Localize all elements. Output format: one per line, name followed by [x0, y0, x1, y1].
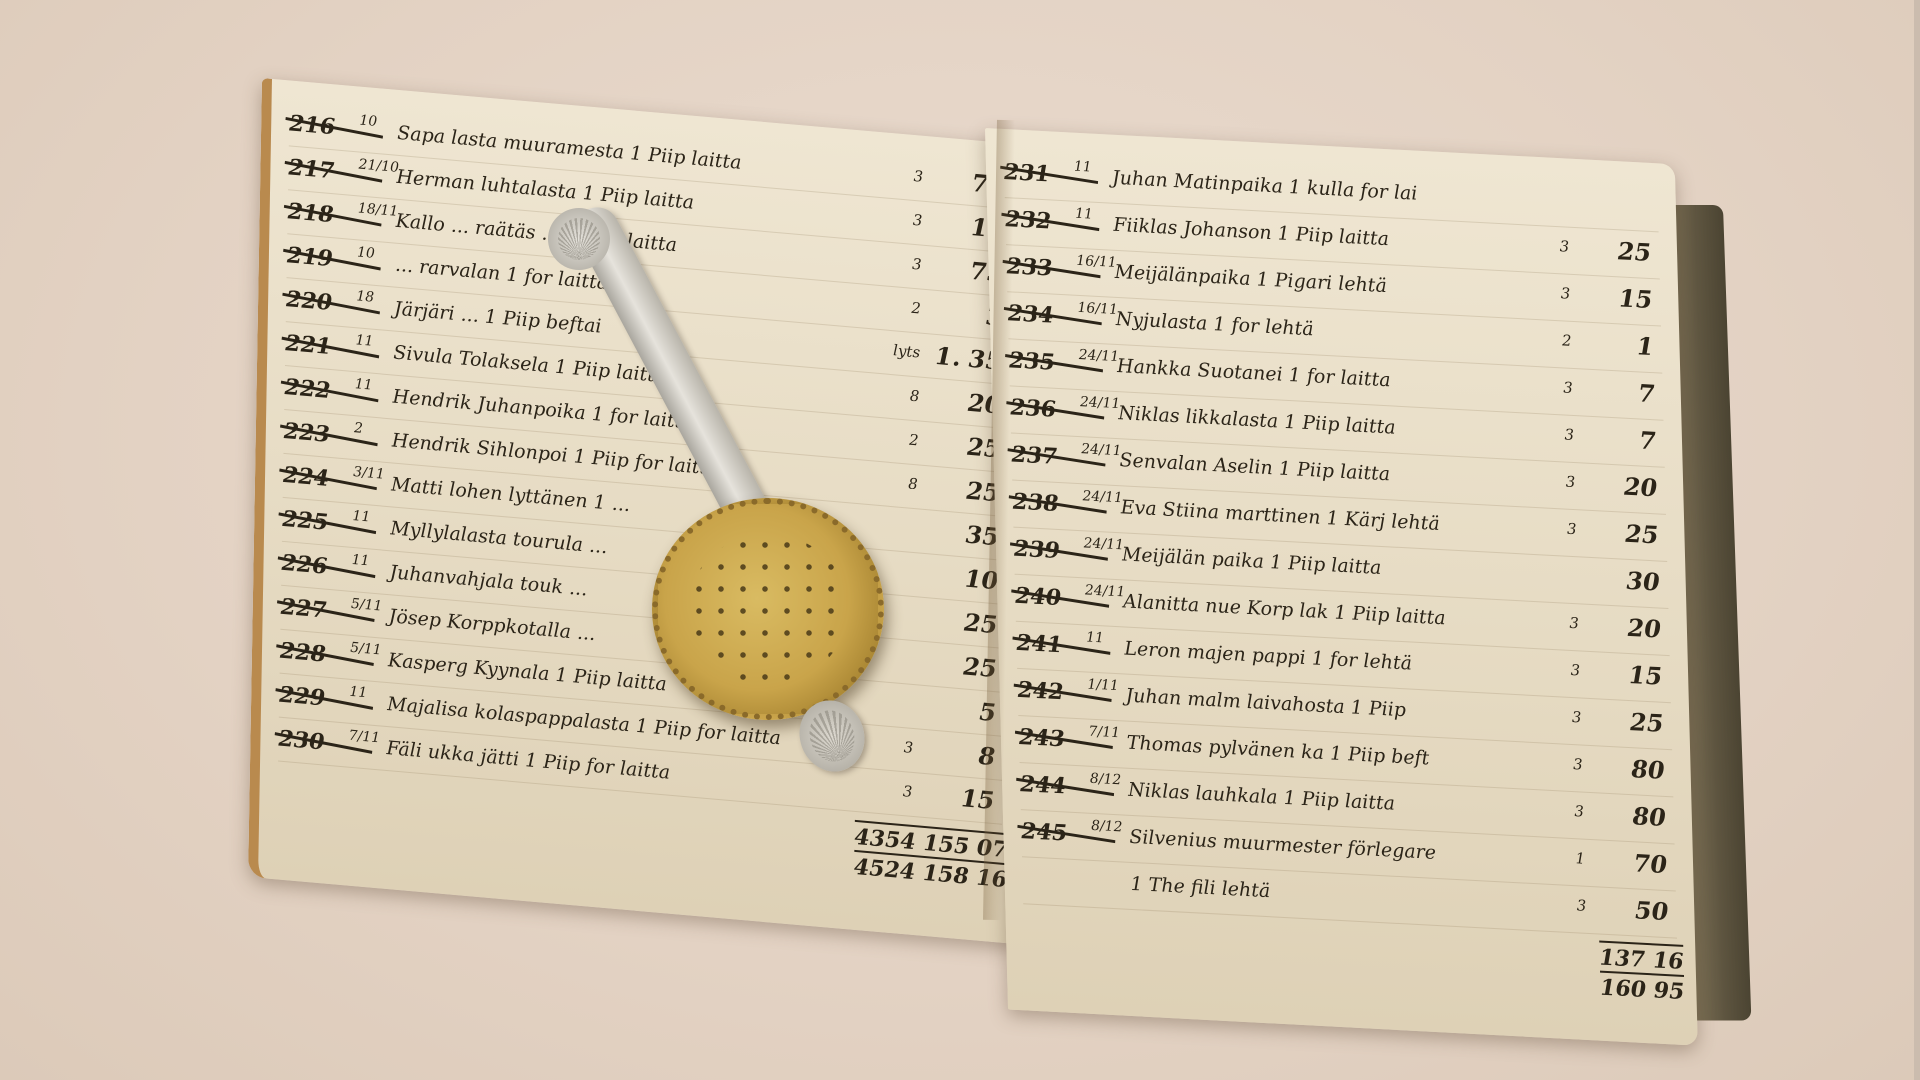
- entry-date: 24/11: [1079, 347, 1120, 365]
- entry-date: 8/12: [1091, 818, 1123, 836]
- entry-number: 244: [1020, 771, 1085, 800]
- entry-date: 21/10: [358, 156, 399, 176]
- entry-date: 11: [355, 332, 373, 350]
- left-page-entries: 216 10 Sapa lasta muuramesta 1 Piip lait…: [278, 102, 1013, 824]
- right-total-1: 137 16: [1599, 941, 1684, 975]
- entry-number: 234: [1007, 300, 1072, 329]
- strainer-holes: [688, 534, 848, 684]
- entry-amount: 80: [1631, 754, 1665, 785]
- entry-number: 236: [1010, 394, 1075, 423]
- entry-date: 24/11: [1081, 441, 1122, 459]
- entry-amount: 80: [1632, 801, 1666, 832]
- right-page-totals: 137 16 160 95: [1599, 941, 1685, 1006]
- entry-number: 242: [1017, 677, 1082, 706]
- entry-amount: 30: [1626, 566, 1660, 597]
- entry-number: 240: [1015, 583, 1080, 612]
- entry-description: Jösep Korppkotalla ...: [389, 605, 596, 645]
- entry-date: 18/11: [358, 200, 399, 220]
- entry-description: Alanitta nue Korp lak 1 Piip laitta: [1123, 590, 1446, 629]
- entry-unit: 3: [1567, 520, 1577, 539]
- entry-description: Silvenius muurmester förlegare: [1129, 826, 1436, 864]
- entry-description: Järjäri ... 1 Piip beftai: [394, 298, 602, 338]
- entry-number: 239: [1014, 536, 1079, 565]
- entry-amount: 15: [1619, 283, 1653, 314]
- entry-unit: 3: [1564, 426, 1574, 445]
- right-page-entries: 231 11 Juhan Matinpaika 1 kulla for lai …: [1004, 151, 1677, 939]
- ledger-book: 216 10 Sapa lasta muuramesta 1 Piip lait…: [0, 0, 1920, 1080]
- entry-unit: 8: [908, 475, 918, 494]
- entry-unit: 3: [1577, 896, 1587, 915]
- entry-number: 218: [287, 198, 351, 230]
- entry-number: 217: [288, 154, 352, 186]
- entry-date: 11: [349, 684, 367, 702]
- entry-date: 16/11: [1077, 300, 1118, 318]
- entry-amount: 20: [1623, 472, 1657, 503]
- entry-description: Juhan malm laivahosta 1 Piip: [1125, 685, 1406, 722]
- entry-date: 10: [357, 244, 375, 262]
- entry-date: 24/11: [1085, 582, 1126, 600]
- entry-number: 232: [1005, 206, 1070, 235]
- entry-number: 230: [278, 726, 342, 758]
- entry-amount: 15: [1628, 660, 1662, 691]
- entry-description: Fiiklas Johanson 1 Piip laitta: [1113, 214, 1389, 251]
- entry-unit: 3: [1573, 755, 1583, 774]
- entry-amount: 20: [1627, 613, 1661, 644]
- entry-description: Hankka Suotanei 1 for laitta: [1117, 355, 1391, 391]
- entry-unit: lyts: [893, 341, 920, 361]
- entry-number: 229: [279, 682, 343, 714]
- entry-unit: 3: [1570, 661, 1580, 680]
- entry-unit: 2: [909, 431, 919, 450]
- entry-unit: 3: [1565, 473, 1575, 492]
- entry-date: 7/11: [1088, 724, 1120, 742]
- entry-unit: 1: [1575, 849, 1585, 868]
- entry-unit: 3: [1572, 708, 1582, 727]
- entry-unit: 3: [913, 167, 923, 186]
- entry-date: 11: [352, 508, 370, 526]
- entry-number: 237: [1011, 441, 1076, 470]
- entry-number: 222: [284, 374, 348, 406]
- entry-amount: 25: [1617, 236, 1651, 267]
- entry-date: 5/11: [351, 596, 383, 615]
- entry-number: 221: [285, 330, 349, 362]
- entry-amount: 70: [1633, 848, 1667, 879]
- entry-unit: 3: [903, 782, 913, 801]
- entry-number: 223: [284, 418, 348, 450]
- left-page: 216 10 Sapa lasta muuramesta 1 Piip lait…: [248, 78, 1032, 944]
- entry-date: 11: [1074, 159, 1092, 176]
- entry-amount: 50: [1635, 895, 1669, 926]
- entry-number: 219: [287, 242, 351, 274]
- entry-amount: 25: [1625, 519, 1659, 550]
- entry-date: 11: [1086, 629, 1104, 646]
- entry-number: 227: [281, 594, 345, 626]
- entry-date: 18: [356, 288, 374, 306]
- entry-unit: 3: [903, 738, 913, 757]
- entry-unit: 2: [911, 299, 921, 318]
- entry-date: 24/11: [1080, 394, 1121, 412]
- entry-unit: 2: [1562, 331, 1572, 350]
- entry-amount: 25: [1630, 707, 1664, 738]
- entry-number: 235: [1009, 347, 1074, 376]
- entry-unit: 3: [913, 211, 923, 230]
- entry-date: 24/11: [1082, 488, 1123, 506]
- entry-date: 11: [1075, 206, 1093, 223]
- entry-unit: 3: [1561, 284, 1571, 303]
- entry-description: 1 The fili lehtä: [1130, 873, 1270, 902]
- entry-date: 1/11: [1087, 677, 1119, 695]
- entry-description: Eva Stiina marttinen 1 Kärj lehtä: [1120, 496, 1440, 535]
- entry-description: Leron majen pappi 1 for lehtä: [1124, 637, 1412, 674]
- entry-date: 11: [355, 376, 373, 394]
- entry-description: Nyjulasta 1 for lehtä: [1115, 308, 1313, 340]
- entry-description: Senvalan Aselin 1 Piip laitta: [1119, 449, 1390, 485]
- entry-description: Niklas likkalasta 1 Piip laitta: [1118, 402, 1396, 439]
- entry-unit: 3: [1563, 378, 1573, 397]
- entry-description: Meijälänpaika 1 Pigari lehtä: [1114, 261, 1387, 297]
- entry-number: 220: [286, 286, 350, 318]
- shell-ornament-icon: [548, 208, 610, 270]
- entry-number: 245: [1021, 818, 1086, 847]
- entry-number: 226: [281, 550, 345, 582]
- entry-description: Meijälän paika 1 Piip laitta: [1122, 543, 1382, 579]
- right-page: 231 11 Juhan Matinpaika 1 kulla for lai …: [985, 128, 1698, 1046]
- entry-number: 216: [289, 110, 353, 142]
- entry-number: 224: [283, 462, 347, 494]
- entry-unit: 3: [1569, 614, 1579, 633]
- entry-unit: 3: [1574, 802, 1584, 821]
- entry-unit: 3: [912, 255, 922, 274]
- entry-date: 11: [352, 552, 370, 570]
- entry-date: 3/11: [353, 464, 385, 483]
- entry-date: 5/11: [350, 640, 382, 659]
- entry-description: Myllylalasta tourula ...: [390, 517, 607, 558]
- strainer-bowl: [652, 498, 884, 720]
- right-total-2: 160 95: [1600, 971, 1685, 1005]
- entry-description: Juhanvahjala touk ...: [389, 561, 587, 600]
- entry-unit: 8: [910, 387, 920, 406]
- entry-number: 243: [1019, 724, 1084, 753]
- entry-amount: 7: [1639, 425, 1656, 455]
- entry-date: 10: [359, 113, 377, 131]
- entry-amount: 1: [1636, 331, 1653, 361]
- entry-date: 7/11: [349, 728, 381, 747]
- entry-date: 16/11: [1076, 253, 1117, 271]
- entry-number: 233: [1006, 253, 1071, 282]
- entry-date: 24/11: [1083, 535, 1124, 553]
- entry-amount: 7: [1638, 378, 1655, 408]
- entry-description: Niklas lauhkala 1 Piip laitta: [1128, 779, 1395, 815]
- entry-date: 2: [354, 420, 363, 437]
- entry-description: Juhan Matinpaika 1 kulla for lai: [1112, 167, 1418, 205]
- entry-unit: 3: [1559, 237, 1569, 256]
- entry-date: 8/12: [1090, 771, 1122, 789]
- entry-description: Thomas pylvänen ka 1 Piip beft: [1127, 732, 1430, 770]
- entry-number: 228: [280, 638, 344, 670]
- entry-number: 238: [1012, 489, 1077, 518]
- entry-number: 225: [282, 506, 346, 538]
- entry-number: 241: [1016, 630, 1081, 659]
